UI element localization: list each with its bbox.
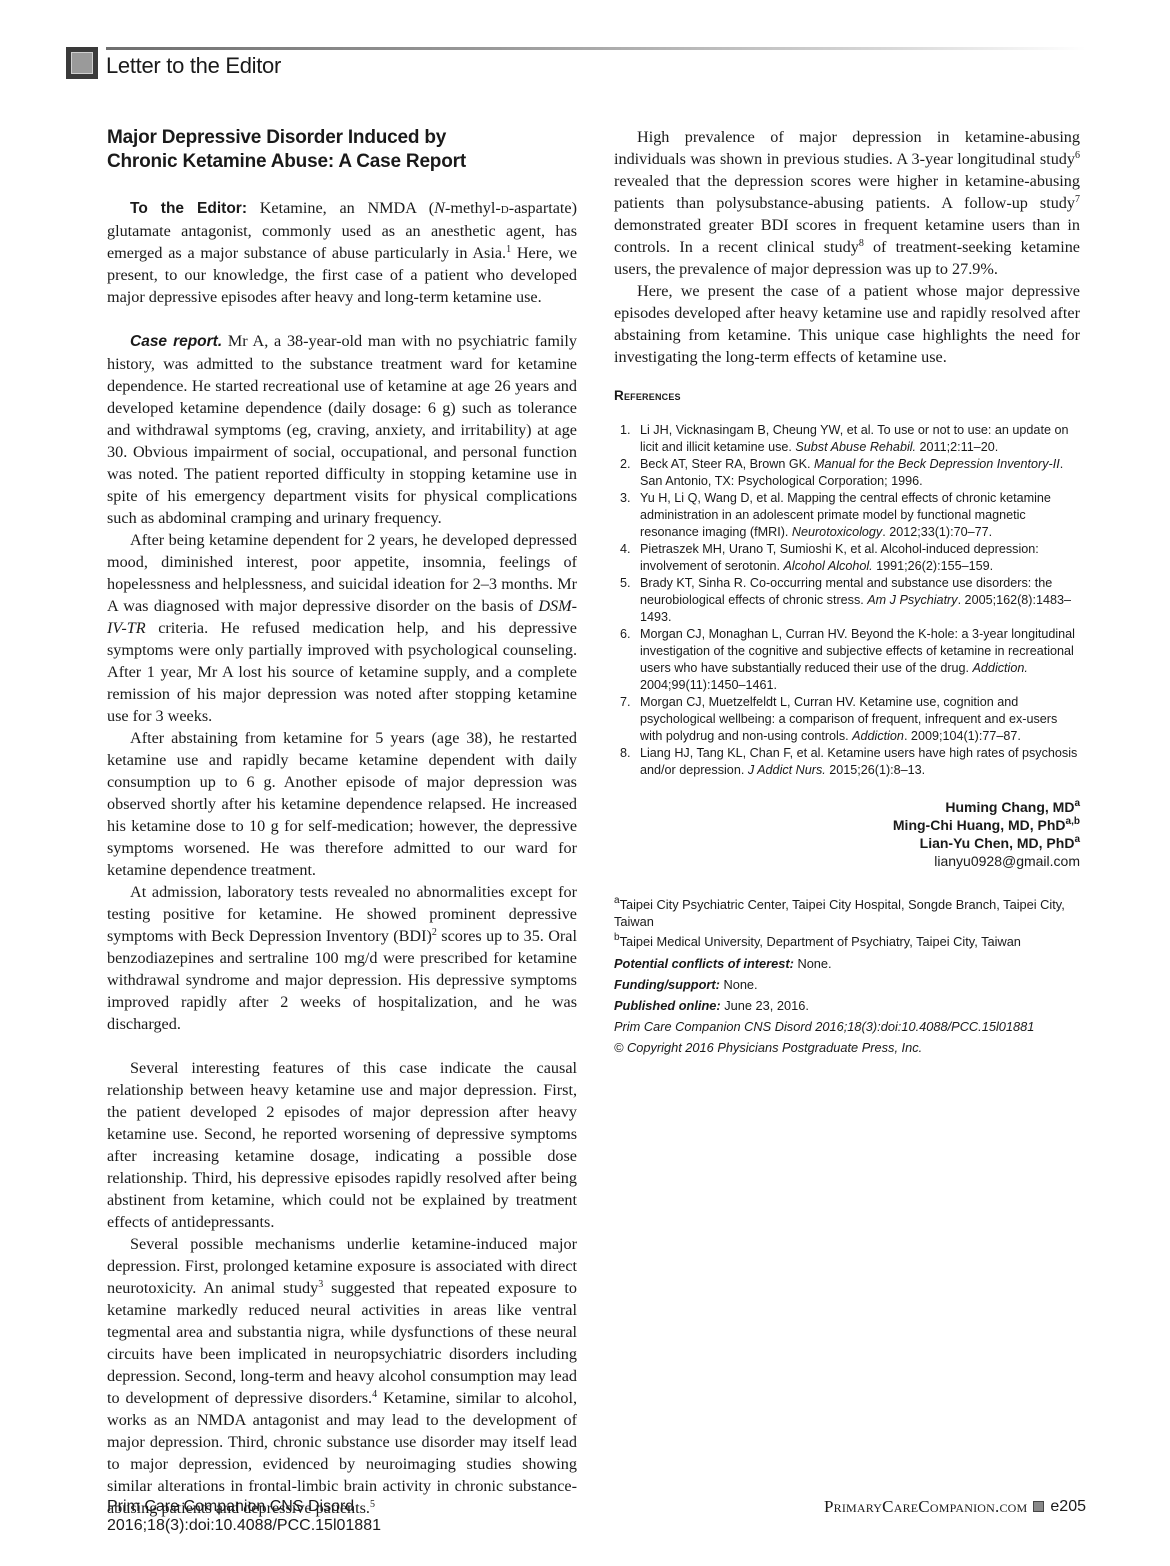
section-marker-icon [66,47,98,79]
author-name: Lian-Yu Chen, MD, PhDa [614,834,1080,852]
meta-label: Funding/support: [614,977,720,992]
article-title: Major Depressive Disorder Induced by Chr… [107,126,577,174]
article-title-line2: Chronic Ketamine Abuse: A Case Report [107,151,466,172]
meta-value: None. [794,956,832,971]
reference-number: 5. [620,575,631,592]
reference-journal: J Addict Nurs. [748,763,826,777]
affiliations: aTaipei City Psychiatric Center, Taipei … [614,896,1080,950]
reference-item: 4.Pietraszek MH, Urano T, Sumioshi K, et… [614,541,1080,575]
reference-text: . 2012;33(1):70–77. [882,525,992,539]
reference-text: Beck AT, Steer RA, Brown GK. [640,457,814,471]
footer-square-icon [1033,1501,1044,1512]
reference-text: . 2009;104(1):77–87. [904,729,1021,743]
citation-superscript[interactable]: 6 [1075,150,1080,161]
header-rule [106,47,1086,50]
reference-number: 3. [620,490,631,507]
reference-journal: Manual for the Beck Depression Inventory… [814,457,1060,471]
page-number: e205 [1050,1497,1086,1516]
copyright-line: © Copyright 2016 Physicians Postgraduate… [614,1037,1080,1058]
discussion-text: suggested that repeated exposure to keta… [107,1279,577,1407]
reference-journal: Subst Abuse Rehabil. [795,440,916,454]
reference-number: 1. [620,422,631,439]
reference-journal: Addiction [852,729,904,743]
reference-number: 4. [620,541,631,558]
reference-item: 1.Li JH, Vicknasingam B, Cheung YW, et a… [614,422,1080,456]
footer-site-link[interactable]: PrimaryCareCompanion.com [824,1497,1027,1516]
case-text: Mr A, a 38-year-old man with no psychiat… [107,332,577,527]
discussion-paragraph-4: Here, we present the case of a patient w… [614,280,1080,368]
author-name: Ming-Chi Huang, MD, PhDa,b [614,816,1080,834]
references-heading: References [614,388,1080,403]
case-paragraph-2: After being ketamine dependent for 2 yea… [107,529,577,727]
author-name: Huming Chang, MDa [614,798,1080,816]
discussion-text: revealed that the depression scores were… [614,172,1080,212]
footer-journal-name: Prim Care Companion CNS Disord [107,1497,381,1516]
affiliation-item: bTaipei Medical University, Department o… [614,933,1080,950]
author-block: Huming Chang, MDa Ming-Chi Huang, MD, Ph… [614,798,1080,870]
reference-text: 1991;26(2):155–159. [873,559,993,573]
funding-line: Funding/support: None. [614,974,1080,995]
article-meta: Potential conflicts of interest: None. F… [614,953,1080,1058]
discussion-paragraph-3: High prevalence of major depression in k… [614,126,1080,280]
reference-number: 8. [620,745,631,762]
reference-number: 6. [620,626,631,643]
reference-item: 7.Morgan CJ, Muetzelfeldt L, Curran HV. … [614,694,1080,745]
reference-number: 7. [620,694,631,711]
published-line: Published online: June 23, 2016. [614,995,1080,1016]
references-list: 1.Li JH, Vicknasingam B, Cheung YW, et a… [614,422,1080,779]
right-column: High prevalence of major depression in k… [614,126,1080,1058]
left-column: Major Depressive Disorder Induced by Chr… [107,126,577,1519]
reference-item: 5.Brady KT, Sinha R. Co-occurring mental… [614,575,1080,626]
reference-item: 8.Liang HJ, Tang KL, Chan F, et al. Keta… [614,745,1080,779]
intro-text: N [434,199,445,217]
affiliation-text: Taipei Medical University, Department of… [620,934,1021,949]
meta-label: Published online: [614,998,721,1013]
case-text: criteria. He refused medication help, an… [107,619,577,725]
reference-journal: Alcohol Alcohol. [784,559,873,573]
affiliation-text: Taipei City Psychiatric Center, Taipei C… [614,897,1065,929]
affiliation-item: aTaipei City Psychiatric Center, Taipei … [614,896,1080,930]
meta-value: None. [720,977,758,992]
discussion-paragraph-2: Several possible mechanisms underlie ket… [107,1233,577,1519]
reference-item: 2.Beck AT, Steer RA, Brown GK. Manual fo… [614,456,1080,490]
case-paragraph-4: At admission, laboratory tests revealed … [107,881,577,1035]
discussion-text: High prevalence of major depression in k… [614,128,1080,168]
intro-paragraph: To the Editor: Ketamine, an NMDA (N-meth… [107,197,577,308]
case-report-lead: Case report. [130,333,222,350]
author-email-link[interactable]: lianyu0928@gmail.com [614,852,1080,870]
reference-text: 2015;26(1):8–13. [826,763,925,777]
intro-text: Ketamine, an NMDA ( [247,199,434,217]
citation-superscript[interactable]: 7 [1075,194,1080,205]
affiliation-superscript: a [1074,834,1080,845]
reference-text: 2011;2:11–20. [916,440,998,454]
case-paragraph-3: After abstaining from ketamine for 5 yea… [107,727,577,881]
conflicts-line: Potential conflicts of interest: None. [614,953,1080,974]
meta-label: Potential conflicts of interest: [614,956,794,971]
reference-journal: Am J Psychiatry [867,593,957,607]
author-name-text: Huming Chang, MD [945,799,1074,815]
article-title-line1: Major Depressive Disorder Induced by [107,127,446,148]
discussion-paragraph-1: Several interesting features of this cas… [107,1057,577,1233]
section-title: Letter to the Editor [106,53,281,79]
author-name-text: Lian-Yu Chen, MD, PhD [920,835,1075,851]
intro-text: -methyl- [445,199,501,217]
footer-journal: Prim Care Companion CNS Disord 2016;18(3… [107,1497,381,1535]
author-name-text: Ming-Chi Huang, MD, PhD [893,817,1066,833]
reference-item: 6.Morgan CJ, Monaghan L, Curran HV. Beyo… [614,626,1080,694]
case-text: After being ketamine dependent for 2 yea… [107,531,577,615]
reference-journal: Neurotoxicology [792,525,882,539]
affiliation-superscript: a,b [1066,816,1080,827]
footer-right: PrimaryCareCompanion.com e205 [824,1497,1086,1516]
reference-number: 2. [620,456,631,473]
intro-text: d [501,199,509,217]
reference-journal: Addiction. [973,661,1028,675]
intro-lead: To the Editor: [130,200,247,217]
affiliation-superscript: a [1074,798,1080,809]
footer-doi: 2016;18(3):doi:10.4088/PCC.15l01881 [107,1516,381,1535]
reference-item: 3.Yu H, Li Q, Wang D, et al. Mapping the… [614,490,1080,541]
citation-line: Prim Care Companion CNS Disord 2016;18(3… [614,1016,1080,1037]
meta-value: June 23, 2016. [721,998,809,1013]
reference-text: 2004;99(11):1450–1461. [640,678,777,692]
case-report-paragraph: Case report. Mr A, a 38-year-old man wit… [107,330,577,529]
